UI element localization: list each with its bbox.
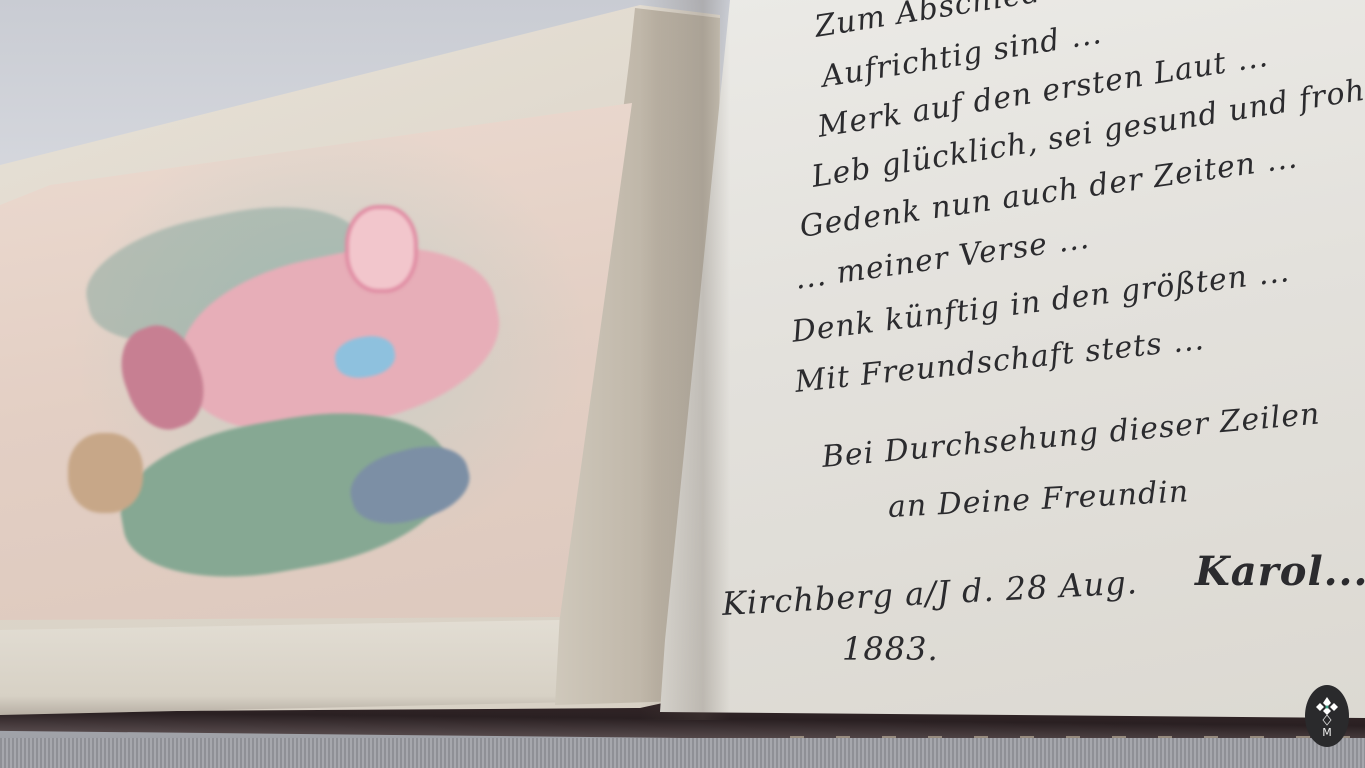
- girl-bonnet: [345, 205, 418, 293]
- signature: Karol...: [1195, 548, 1365, 595]
- boy-head: [68, 433, 143, 513]
- photo-scene: Zum Abschied ... Aufrichtig sind ... Mer…: [0, 0, 1365, 768]
- year: 1883.: [842, 630, 939, 668]
- svg-text:M: M: [1322, 726, 1332, 739]
- watermark-badge: M: [1305, 685, 1349, 747]
- table-surface: [0, 738, 1365, 768]
- monogram-logo-icon: M: [1312, 693, 1342, 739]
